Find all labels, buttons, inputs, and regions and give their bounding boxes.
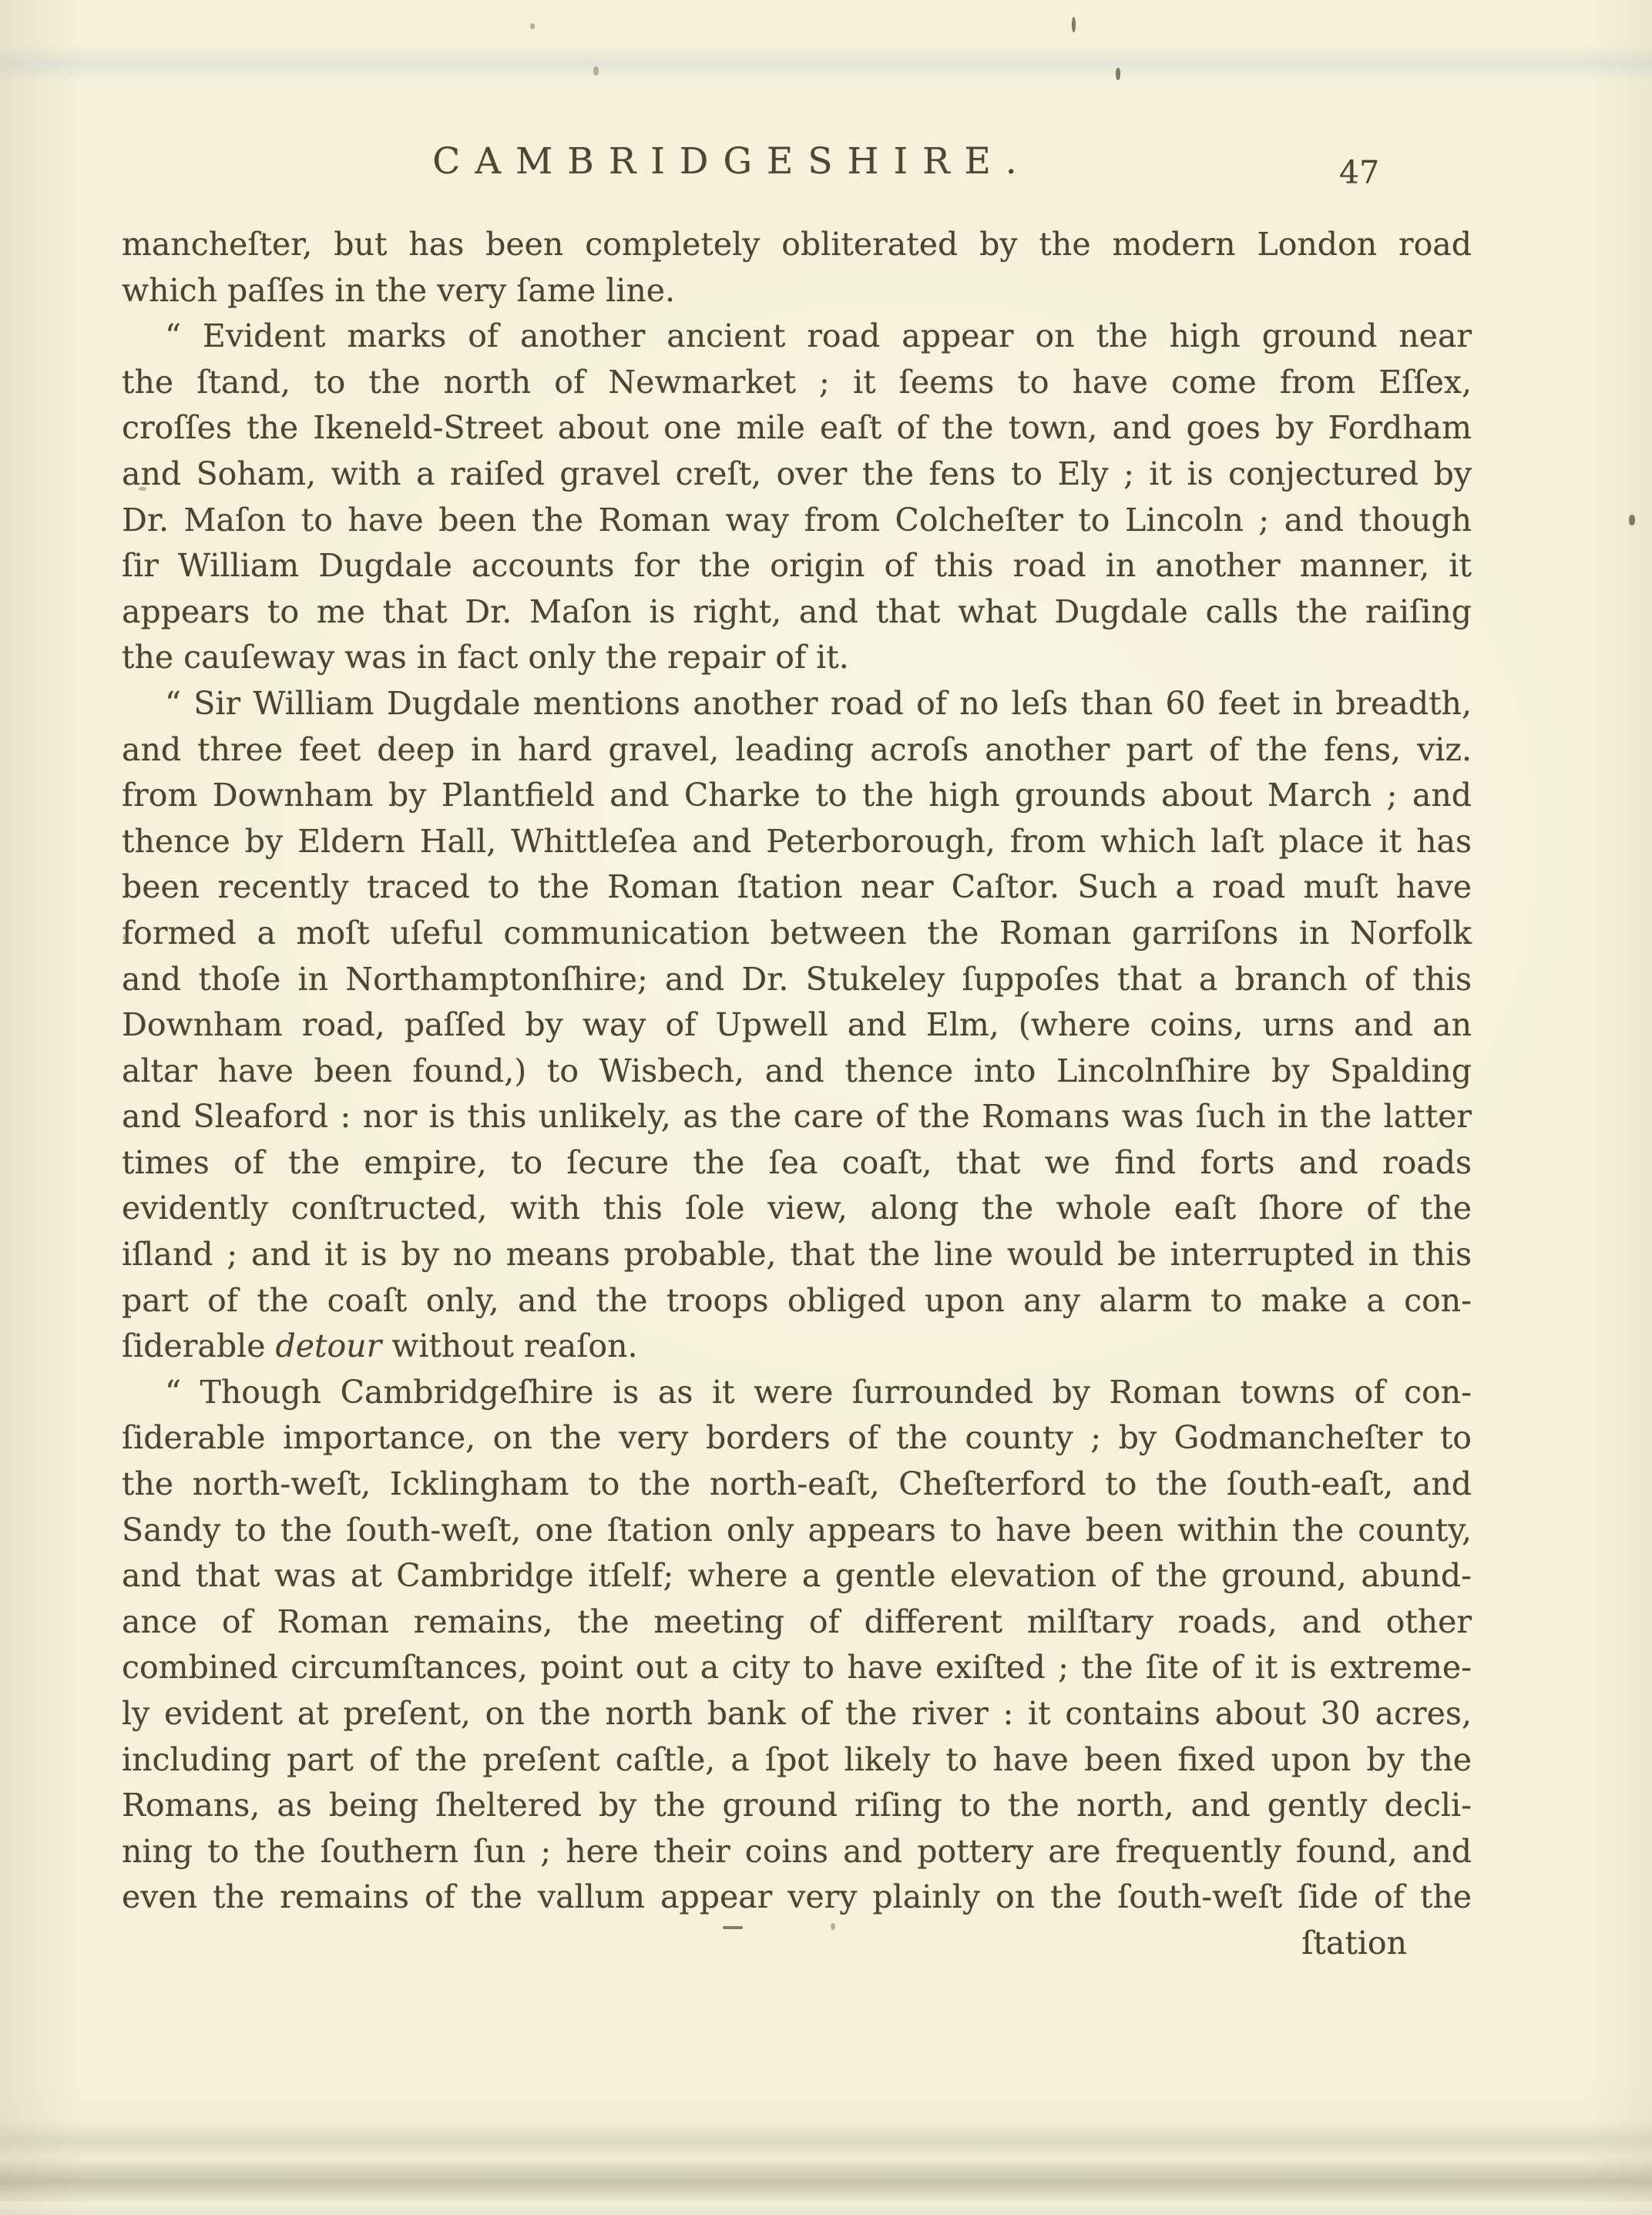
text-line: combined circumſtances, point out a city…: [122, 1645, 1472, 1691]
book-page-scan: CAMBRIDGESHIRE. 47 mancheſter, but has b…: [0, 0, 1652, 2215]
text-line: including part of the preſent caſtle, a …: [122, 1737, 1472, 1784]
text-line: and that was at Cambridge itſelf; where …: [122, 1553, 1472, 1599]
text-line: even the remains of the vallum appear ve…: [122, 1874, 1472, 1921]
scan-streak-top: [0, 45, 1652, 82]
text-line: and three feet deep in hard gravel, lead…: [122, 727, 1472, 774]
scan-shadow-band: [0, 2157, 1652, 2202]
text-line: “ Though Cambridgeſhire is as it were ſu…: [122, 1370, 1472, 1416]
text-line: altar have been found,) to Wisbech, and …: [122, 1049, 1472, 1095]
running-head-title: CAMBRIDGESHIRE.: [0, 140, 1464, 183]
text-line: croſſes the Ikeneld-Street about one mil…: [122, 405, 1472, 451]
text-line: been recently traced to the Roman ſtatio…: [122, 864, 1472, 911]
catchword: ſtation: [122, 1921, 1472, 1967]
scan-speck: [1116, 68, 1120, 80]
text-line: Downham road, paſſed by way of Upwell an…: [122, 1002, 1472, 1049]
page-bottom-edge: [0, 2202, 1652, 2215]
text-line: part of the coaſt only, and the troops o…: [122, 1278, 1472, 1324]
text-line: ſir William Dugdale accounts for the ori…: [122, 543, 1472, 589]
page-number: 47: [1339, 154, 1379, 191]
text-line: Romans, as being ſheltered by the ground…: [122, 1783, 1472, 1829]
text-line: Dr. Maſon to have been the Roman way fro…: [122, 498, 1472, 544]
text-line: and Soham, with a raiſed gravel creſt, o…: [122, 451, 1472, 498]
text-line: ning to the ſouthern ſun ; here their co…: [122, 1829, 1472, 1875]
text-line: which paſſes in the very ſame line.: [122, 268, 1472, 314]
text-line: Sandy to the ſouth-weſt, one ſtation onl…: [122, 1508, 1472, 1554]
text-line: the ſtand, to the north of Newmarket ; i…: [122, 360, 1472, 406]
text-line: ance of Roman remains, the meeting of di…: [122, 1599, 1472, 1646]
text-line: “ Sir William Dugdale mentions another r…: [122, 681, 1472, 727]
text-line: formed a moſt uſeful communication betwe…: [122, 911, 1472, 957]
text-line: appears to me that Dr. Maſon is right, a…: [122, 589, 1472, 636]
scan-speck: [530, 23, 535, 29]
text-line: and Sleaford : nor is this unlikely, as …: [122, 1094, 1472, 1140]
scan-speck: [1629, 515, 1635, 525]
text-line: ſiderable importance, on the very border…: [122, 1415, 1472, 1462]
text-line: times of the empire, to ſecure the ſea c…: [122, 1140, 1472, 1186]
text-line: from Downham by Plantfield and Charke to…: [122, 773, 1472, 819]
text-line: mancheſter, but has been completely obli…: [122, 222, 1472, 268]
scan-streak-bottom: [0, 2120, 1652, 2159]
text-line: the north-weſt, Icklingham to the north-…: [122, 1462, 1472, 1508]
text-block: mancheſter, but has been completely obli…: [122, 222, 1472, 1967]
text-line: the cauſeway was in fact only the repair…: [122, 635, 1472, 681]
scan-speck: [1072, 17, 1076, 32]
text-line: thence by Eldern Hall, Whittleſea and Pe…: [122, 819, 1472, 865]
text-line: ſiderable detour without reaſon.: [122, 1324, 1472, 1370]
text-line: iſland ; and it is by no means probable,…: [122, 1232, 1472, 1278]
text-line: “ Evident marks of another ancient road …: [122, 314, 1472, 360]
text-line: ly evident at preſent, on the north bank…: [122, 1691, 1472, 1737]
text-line: evidently conſtructed, with this ſole vi…: [122, 1186, 1472, 1232]
scan-speck: [593, 66, 599, 76]
text-line: and thoſe in Northamptonſhire; and Dr. S…: [122, 957, 1472, 1003]
